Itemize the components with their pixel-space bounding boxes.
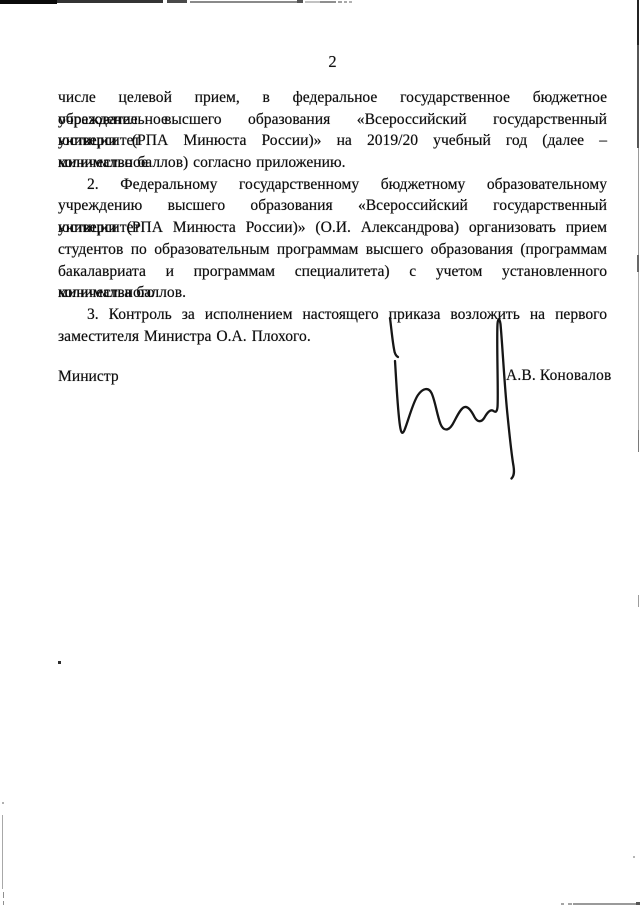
scan-artifact-left-edge	[2, 815, 3, 889]
scan-artifact-right-edge	[638, 272, 639, 430]
scan-artifact-right-edge	[638, 148, 639, 255]
scan-artifact-top-edge	[57, 0, 163, 3]
text-line: 2. Федеральному государственному бюджетн…	[58, 174, 607, 196]
text-line: учреждение высшего образования «Всеросси…	[58, 109, 607, 131]
scan-artifact-left-edge	[3, 901, 5, 905]
text-line: количества баллов.	[58, 282, 607, 304]
scan-artifact-top-edge	[0, 0, 57, 4]
scan-artifact-bottom-edge	[568, 903, 572, 905]
text-line: числе целевой прием, в федеральное госуд…	[58, 87, 607, 109]
scan-artifact-speck	[2, 802, 4, 804]
scan-artifact-right-edge	[638, 430, 640, 452]
scan-artifact-top-edge	[349, 1, 352, 3]
scan-artifact-top-edge	[320, 1, 336, 3]
document-body-text: числе целевой прием, в федеральное госуд…	[58, 87, 607, 347]
minister-title-label: Министр	[58, 368, 119, 386]
document-page: 2 числе целевой прием, в федеральное гос…	[0, 0, 640, 905]
scan-artifact-top-edge	[190, 1, 297, 3]
scan-artifact-top-edge	[305, 1, 320, 3]
text-line: юстиции (РПА Минюста России)» (О.И. Алек…	[58, 217, 607, 239]
scan-artifact-left-edge	[3, 892, 5, 898]
scan-artifact-speck	[58, 661, 61, 664]
text-line: студентов по образовательным программам …	[58, 239, 607, 261]
scan-artifact-top-edge	[338, 1, 342, 3]
scan-artifact-right-edge	[637, 255, 639, 272]
handwritten-signature	[379, 312, 521, 484]
scan-artifact-speck	[633, 856, 635, 858]
text-line: учреждению высшего образования «Всеросси…	[58, 195, 607, 217]
page-number: 2	[58, 52, 607, 72]
text-line: бакалавриата и программам специалитета) …	[58, 261, 607, 283]
scan-artifact-bottom-edge	[573, 903, 640, 905]
text-line: юстиции (РПА Минюста России)» на 2019/20…	[58, 130, 607, 152]
scan-artifact-right-edge	[637, 0, 639, 45]
scan-artifact-right-edge	[637, 45, 639, 148]
scan-artifact-bottom-edge	[561, 903, 564, 905]
scan-artifact-top-edge	[297, 0, 303, 3]
scan-artifact-top-edge	[167, 0, 187, 3]
signatory-name: А.В. Коновалов	[506, 367, 612, 385]
scan-artifact-top-edge	[344, 1, 347, 3]
text-line: заместителя Министра О.А. Плохого.	[58, 326, 607, 348]
text-line: количество баллов) согласно приложению.	[58, 152, 607, 174]
text-line: 3. Контроль за исполнением настоящего пр…	[58, 304, 607, 326]
scan-artifact-right-edge	[638, 595, 639, 607]
